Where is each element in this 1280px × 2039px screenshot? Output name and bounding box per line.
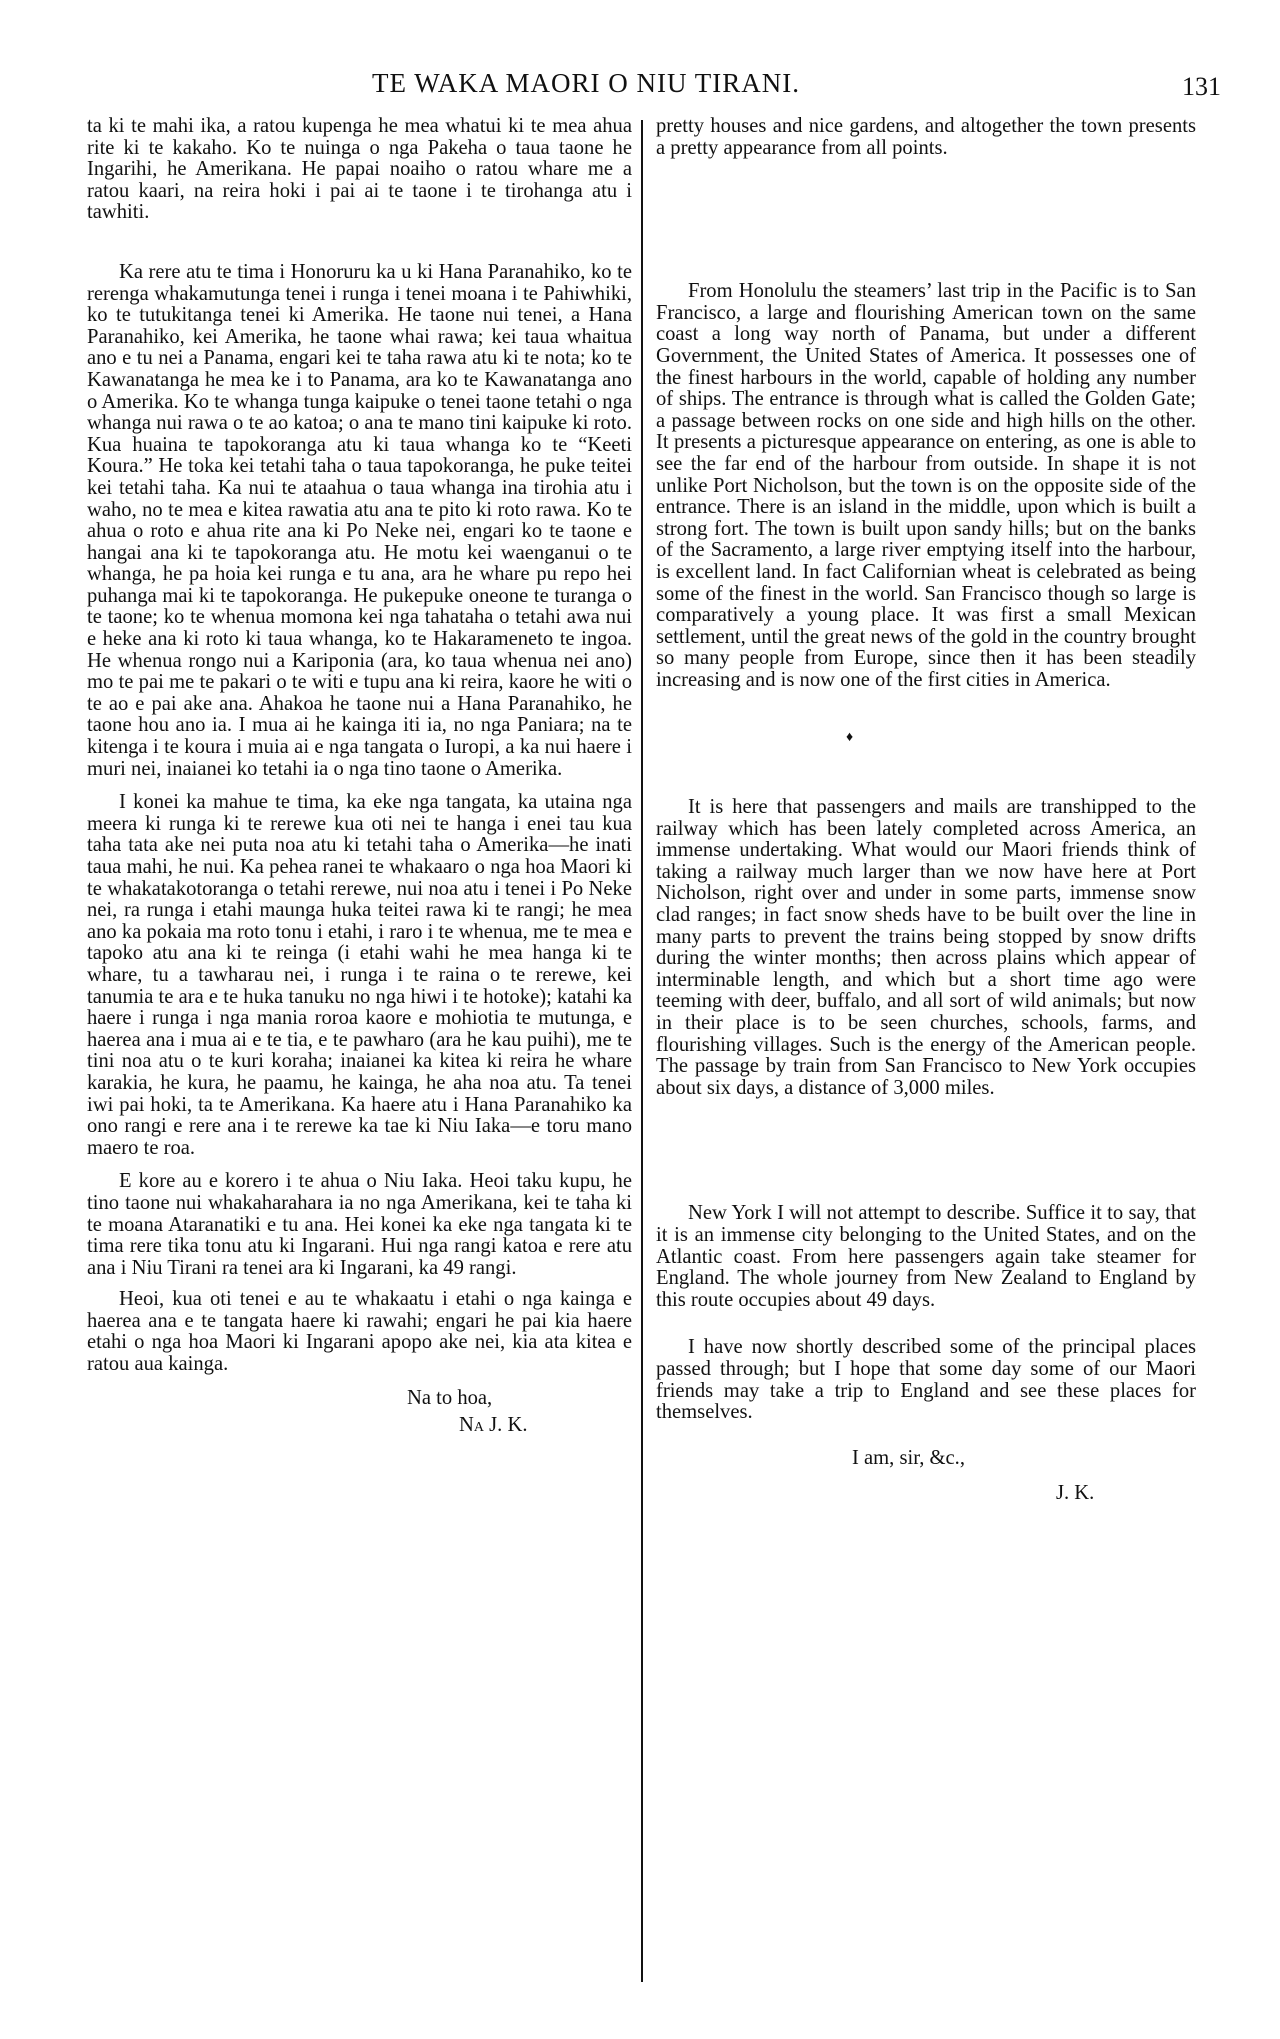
paragraph: Ka rere atu te tima i Honoruru ka u ki H… bbox=[87, 262, 632, 780]
paragraph: I have now shortly described some of the… bbox=[656, 1337, 1196, 1423]
signature: J. K. bbox=[656, 1483, 1196, 1505]
column-divider bbox=[641, 120, 643, 1982]
paragraph: It is here that passengers and mails are… bbox=[656, 797, 1196, 1099]
diamond-ornament-icon: ♦ bbox=[656, 727, 1196, 749]
spacer bbox=[656, 691, 1196, 727]
paragraph: New York I will not attempt to describe.… bbox=[656, 1203, 1196, 1311]
signature-prefix: Na bbox=[459, 1414, 484, 1436]
maori-column: ta ki te mahi ika, a ratou kupenga he me… bbox=[87, 116, 632, 1437]
paragraph: I konei ka mahue te tima, ka eke nga tan… bbox=[87, 792, 632, 1159]
spacer bbox=[656, 159, 1196, 281]
paragraph: From Honolulu the steamers’ last trip in… bbox=[656, 281, 1196, 691]
signature-initials: J. K. bbox=[489, 1414, 527, 1436]
paragraph: pretty houses and nice gardens, and alto… bbox=[656, 116, 1196, 159]
closing: I am, sir, &c., bbox=[656, 1448, 1196, 1470]
spacer bbox=[87, 224, 632, 262]
paragraph: ta ki te mahi ika, a ratou kupenga he me… bbox=[87, 116, 632, 224]
spacer bbox=[656, 1424, 1196, 1448]
spacer bbox=[656, 1311, 1196, 1337]
english-column: pretty houses and nice gardens, and alto… bbox=[656, 116, 1196, 1505]
running-title: TE WAKA MAORI O NIU TIRANI. bbox=[372, 68, 800, 99]
closing: Na to hoa, bbox=[87, 1388, 632, 1410]
page-number: 131 bbox=[1182, 72, 1221, 102]
spacer bbox=[87, 1376, 632, 1388]
page-header: TE WAKA MAORI O NIU TIRANI. 131 bbox=[0, 68, 1280, 108]
spacer bbox=[656, 1099, 1196, 1203]
spacer bbox=[656, 749, 1196, 797]
paragraph: E kore au e korero i te ahua o Niu Iaka.… bbox=[87, 1171, 632, 1279]
signature: Na J. K. bbox=[87, 1415, 632, 1437]
paragraph: Heoi, kua oti tenei e au te whakaatu i e… bbox=[87, 1289, 632, 1375]
